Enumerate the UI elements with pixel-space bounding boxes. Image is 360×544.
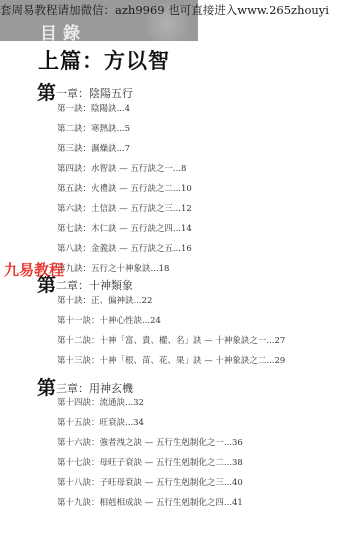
chapter-label: 二章：十神類象 [56, 279, 133, 292]
chapter-prefix: 第 [37, 377, 56, 399]
watermark-text: 套周易教程请加微信：azh9969 也可直接进入www.265zhouyi [0, 2, 329, 18]
toc-entry[interactable]: 第十訣：正、偏神訣...22 [57, 294, 152, 306]
toc-entry[interactable]: 第四訣：水智訣 — 五行訣之一...8 [57, 162, 186, 174]
toc-entry[interactable]: 第十九訣：相剋相成訣 — 五行生剋制化之四...41 [57, 496, 243, 508]
toc-entry[interactable]: 第十一訣：十神心性訣...24 [57, 314, 161, 326]
toc-entry[interactable]: 第五訣：火禮訣 — 五行訣之二...10 [57, 182, 192, 194]
toc-entry[interactable]: 第六訣：土信訣 — 五行訣之三...12 [57, 202, 192, 214]
toc-entry[interactable]: 第十六訣：強者洩之訣 — 五行生剋制化之一...36 [57, 436, 243, 448]
toc-entry[interactable]: 第十四訣：流通訣...32 [57, 396, 144, 408]
chapter-heading-1: 第一章：陰陽五行 [37, 78, 133, 105]
chapter-label: 三章：用神玄機 [56, 382, 133, 395]
toc-entry[interactable]: 第二訣：寒熱訣...5 [57, 122, 130, 134]
watermark-logo: 九易教程 [4, 259, 64, 280]
chapter-prefix: 第 [37, 82, 56, 104]
part-title: 上篇：方以智 [38, 45, 170, 75]
toc-entry[interactable]: 第八訣：金義訣 — 五行訣之五...16 [57, 242, 192, 254]
toc-entry[interactable]: 第一訣：陰陽訣...4 [57, 102, 130, 114]
toc-entry[interactable]: 第七訣：木仁訣 — 五行訣之四...14 [57, 222, 192, 234]
toc-entry[interactable]: 第十五訣：旺衰訣...34 [57, 416, 144, 428]
chapter-label: 一章：陰陽五行 [56, 87, 133, 100]
toc-entry[interactable]: 第十八訣：子旺母衰訣 — 五行生剋制化之三...40 [57, 476, 243, 488]
toc-entry[interactable]: 第十三訣：十神「根、苗、花、果」訣 — 十神象訣之二...29 [57, 354, 285, 366]
toc-entry[interactable]: 第三訣：濕燥訣...7 [57, 142, 130, 154]
toc-entry[interactable]: 第十二訣：十神「富、貴、權、名」訣 — 十神象訣之一...27 [57, 334, 285, 346]
toc-title: 目錄 [40, 19, 86, 41]
toc-entry[interactable]: 第十七訣：母旺子衰訣 — 五行生剋制化之二...38 [57, 456, 243, 468]
